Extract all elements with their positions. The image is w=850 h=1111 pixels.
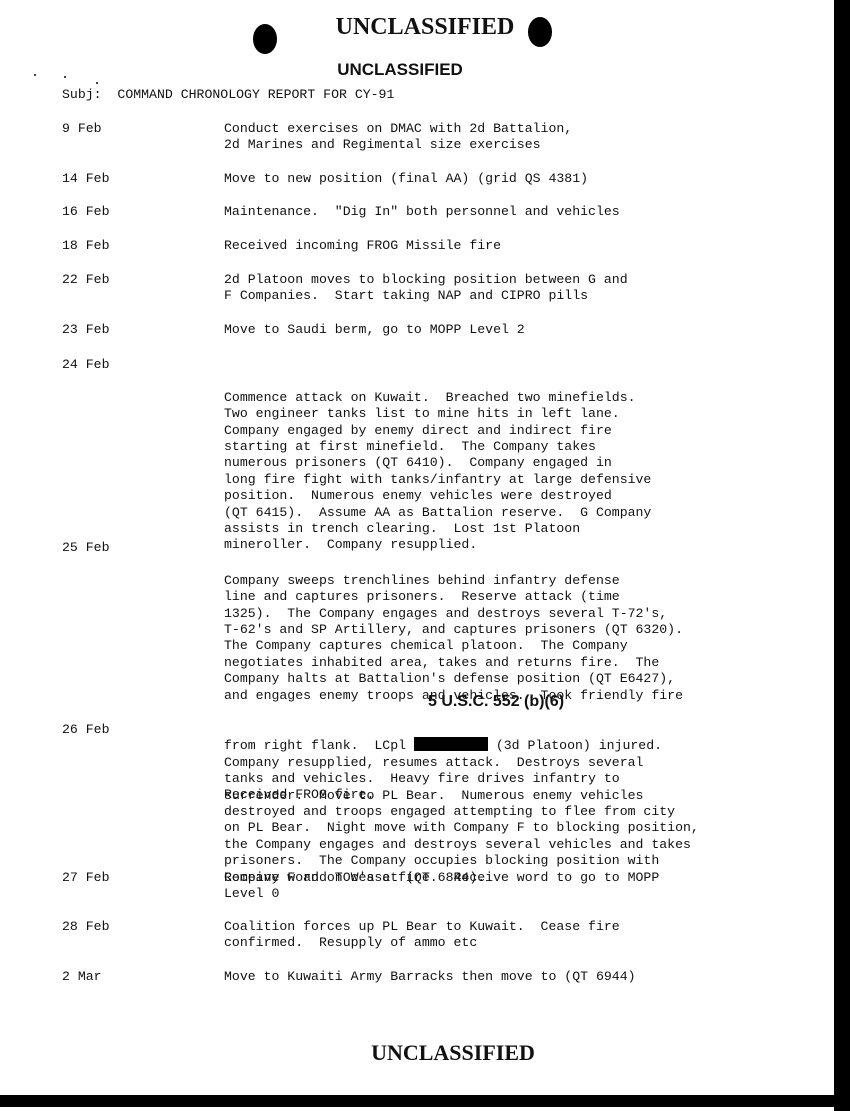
entry-date: 16 Feb xyxy=(62,204,109,220)
chronology-entry: 22 Feb 2d Platoon moves to blocking posi… xyxy=(62,272,842,321)
entry-text: Move to Saudi berm, go to MOPP Level 2 xyxy=(224,322,525,338)
entry-date: 25 Feb xyxy=(62,540,109,556)
entry-date: 9 Feb xyxy=(62,121,102,137)
entry-text: 2d Platoon moves to blocking position be… xyxy=(224,272,628,305)
entry-date: 18 Feb xyxy=(62,238,109,254)
chronology-entry: 2 Mar Move to Kuwaiti Army Barracks then… xyxy=(62,969,842,1018)
chronology-entry: 24 Feb Commence attack on Kuwait. Breach… xyxy=(62,357,842,406)
scan-specks xyxy=(34,72,104,86)
subject-label: Subj: xyxy=(62,87,102,102)
subject-line: Subj: COMMAND CHRONOLOGY REPORT FOR CY-9… xyxy=(62,87,394,103)
subject-text: COMMAND CHRONOLOGY REPORT FOR CY-91 xyxy=(117,87,394,102)
entry-date: 24 Feb xyxy=(62,357,109,373)
classification-marking-top: UNCLASSIFIED xyxy=(0,14,850,41)
foia-exemption-label: 5 U.S.C. 552 (b)(6) xyxy=(428,693,564,711)
chronology-entry: 26 Feb Company resupplied, resumes attac… xyxy=(62,722,842,771)
entry-text: Move to Kuwaiti Army Barracks then move … xyxy=(224,969,636,985)
chronology-entry: 27 Feb Receive word on cease fire. Recei… xyxy=(62,870,842,919)
entry-text: Received incoming FROG Missile fire xyxy=(224,238,501,254)
entry-text: Coalition forces up PL Bear to Kuwait. C… xyxy=(224,919,620,952)
classification-marking-sub: UNCLASSIFIED xyxy=(0,60,800,80)
entry-text: Maintenance. "Dig In" both personnel and… xyxy=(224,204,620,220)
entry-date: 27 Feb xyxy=(62,870,109,886)
classification-marking-bottom: UNCLASSIFIED xyxy=(0,1040,850,1066)
entry-date: 26 Feb xyxy=(62,722,109,738)
entry-date: 23 Feb xyxy=(62,322,109,338)
entry-text: Conduct exercises on DMAC with 2d Battal… xyxy=(224,121,572,154)
bullet-dot-right-icon xyxy=(528,17,552,47)
entry-date: 14 Feb xyxy=(62,171,109,187)
entry-text: Move to new position (final AA) (grid QS… xyxy=(224,171,588,187)
entry-date: 2 Mar xyxy=(62,969,102,985)
scan-border-bottom xyxy=(0,1095,850,1107)
entry-date: 22 Feb xyxy=(62,272,109,288)
entry-text: Receive word on cease fire. Receive word… xyxy=(224,870,659,903)
chronology-entry: 28 Feb Coalition forces up PL Bear to Ku… xyxy=(62,919,842,968)
entry-date: 28 Feb xyxy=(62,919,109,935)
chronology-entry: 9 Feb Conduct exercises on DMAC with 2d … xyxy=(62,121,842,170)
chronology-entry: 25 Feb Company sweeps trenchlines behind… xyxy=(62,540,842,589)
